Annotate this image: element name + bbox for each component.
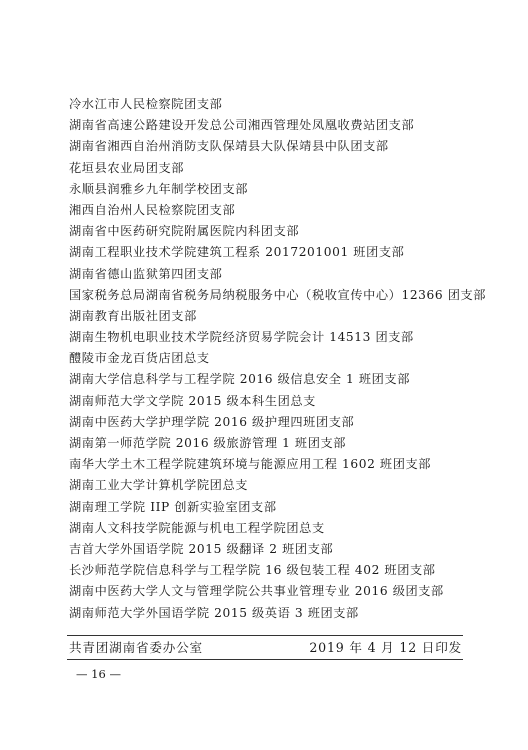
list-item: 湖南工程职业技术学院建筑工程系 2017201001 班团支部	[69, 242, 489, 263]
list-item: 永顺县润雅乡九年制学校团支部	[69, 179, 489, 200]
issuer-label: 共青团湖南省委办公室	[69, 637, 203, 658]
list-item: 吉首大学外国语学院 2015 级翻译 2 班团支部	[69, 539, 489, 560]
list-item: 湖南中医药大学护理学院 2016 级护理四班团支部	[69, 412, 489, 433]
list-item: 南华大学土木工程学院建筑环境与能源应用工程 1602 班团支部	[69, 454, 489, 475]
list-item: 湖南省湘西自治州消防支队保靖县大队保靖县中队团支部	[69, 136, 489, 157]
list-item: 醴陵市金龙百货店团总支	[69, 348, 489, 369]
list-item: 国家税务总局湖南省税务局纳税服务中心（税收宣传中心）12366 团支部	[69, 285, 489, 306]
list-item: 长沙师范学院信息科学与工程学院 16 级包装工程 402 班团支部	[69, 560, 489, 581]
list-item: 湖南中医药大学人文与管理学院公共事业管理专业 2016 级团支部	[69, 581, 489, 602]
list-item: 湖南师范大学文学院 2015 级本科生团总支	[69, 391, 489, 412]
list-item: 湖南省德山监狱第四团支部	[69, 264, 489, 285]
document-page: 冷水江市人民检察院团支部 湖南省高速公路建设开发总公司湘西管理处凤凰收费站团支部…	[0, 0, 528, 750]
footer-top-rule	[67, 635, 463, 636]
list-item: 湖南师范大学外国语学院 2015 级英语 3 班团支部	[69, 603, 489, 624]
list-item: 冷水江市人民检察院团支部	[69, 94, 489, 115]
list-item: 湖南工业大学计算机学院团总支	[69, 475, 489, 496]
list-item: 湖南教育出版社团支部	[69, 306, 489, 327]
issue-date: 2019 年 4 月 12 日印发	[309, 637, 462, 658]
footer-bar: 共青团湖南省委办公室 2019 年 4 月 12 日印发	[69, 637, 462, 658]
list-item: 湘西自治州人民检察院团支部	[69, 200, 489, 221]
list-item: 湖南省高速公路建设开发总公司湘西管理处凤凰收费站团支部	[69, 115, 489, 136]
footer-bottom-rule	[67, 659, 463, 660]
page-number: — 16 —	[76, 664, 121, 684]
list-item: 湖南大学信息科学与工程学院 2016 级信息安全 1 班团支部	[69, 369, 489, 390]
list-item: 湖南理工学院 IIP 创新实验室团支部	[69, 497, 489, 518]
list-item: 湖南人文科技学院能源与机电工程学院团总支	[69, 518, 489, 539]
list-item: 湖南省中医药研究院附属医院内科团支部	[69, 221, 489, 242]
list-item: 花垣县农业局团支部	[69, 158, 489, 179]
organization-list: 冷水江市人民检察院团支部 湖南省高速公路建设开发总公司湘西管理处凤凰收费站团支部…	[69, 94, 489, 624]
list-item: 湖南第一师范学院 2016 级旅游管理 1 班团支部	[69, 433, 489, 454]
list-item: 湖南生物机电职业技术学院经济贸易学院会计 14513 团支部	[69, 327, 489, 348]
